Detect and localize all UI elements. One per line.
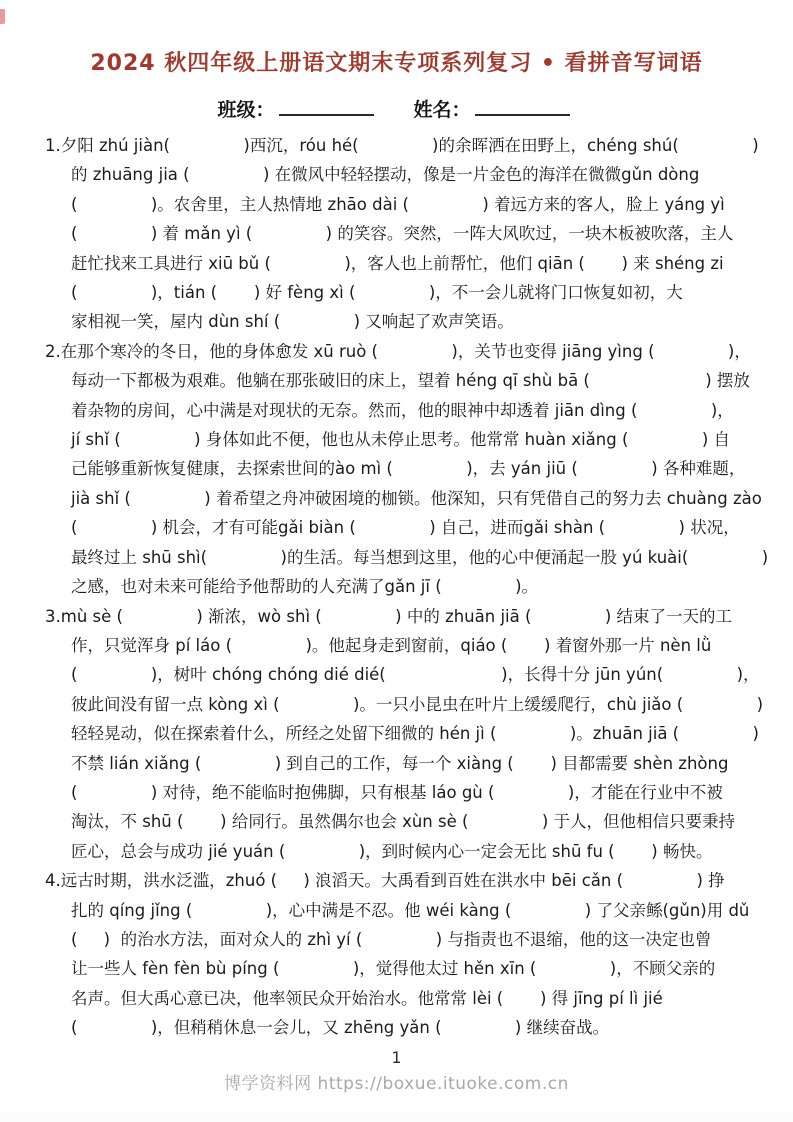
text-line: ( ) 机会，才有可能gǎi biàn ( ) 自己，进而gǎi shàn ( … (71, 513, 753, 542)
text-line: ( ) 的治水方法，面对众人的 zhì yí ( ) 与指责也不退缩，他的这一决… (71, 925, 753, 954)
text-line: ( ) 着 mǎn yì ( ) 的笑容。突然，一阵大风吹过，一块木板被吹落，主… (71, 219, 753, 248)
document-body: 1.夕阳 zhú jiàn( )西沉，róu hé( )的余晖洒在田野上，ché… (45, 131, 753, 1043)
text-line: 之感，也对未来可能给予他帮助的人充满了gǎn jī ( )。 (71, 572, 753, 601)
text-line: 不禁 lián xiǎng ( ) 到自己的工作，每一个 xiàng ( ) 目… (71, 749, 753, 778)
text-line: 扎的 qíng jǐng ( )，心中满是不忍。他 wéi kàng ( ) 了… (71, 896, 753, 925)
text-line: ( )。农舍里，主人热情地 zhāo dài ( ) 着远方来的客人，脸上 yá… (71, 190, 753, 219)
text-line: jià shǐ ( ) 着希望之舟冲破困境的枷锁。他深知，只有凭借自己的努力去 … (71, 484, 753, 513)
text-line: 作，只觉浑身 pí láo ( )。他起身走到窗前，qiáo ( ) 着窗外那一… (71, 631, 753, 660)
student-info-line: 班级：姓名： (0, 95, 793, 122)
class-blank (279, 97, 374, 116)
watermark-text: 博学资料网 https://boxue.ituoke.com.cn (0, 1069, 793, 1094)
text-line: 名声。但大禹心意已决，他率领民众开始治水。他常常 lèi ( ) 得 jīng … (71, 984, 753, 1013)
text-line: 轻轻晃动，似在探索着什么，所经之处留下细微的 hén jì ( )。zhuān … (71, 719, 753, 748)
text-line: jí shǐ ( ) 身体如此不便，他也从未停止思考。他常常 huàn xiǎn… (71, 425, 753, 454)
text-line: ( )，tián ( ) 好 fèng xì ( )，不一会儿就将门口恢复如初，… (71, 278, 753, 307)
text-line: 每动一下都极为艰难。他躺在那张破旧的床上，望着 héng qī shù bā (… (71, 366, 753, 395)
text-line: 3.mù sè ( ) 渐浓，wò shì ( ) 中的 zhuān jiā (… (45, 602, 753, 631)
text-line: 最终过上 shū shì( )的生活。每当想到这里，他的心中便涌起一股 yú k… (71, 543, 753, 572)
paragraph: 1.夕阳 zhú jiàn( )西沉，róu hé( )的余晖洒在田野上，ché… (45, 131, 753, 337)
paragraph: 3.mù sè ( ) 渐浓，wò shì ( ) 中的 zhuān jiā (… (45, 602, 753, 867)
page-title: 2024 秋四年级上册语文期末专项系列复习 • 看拼音写词语 (0, 46, 793, 77)
text-line: 2.在那个寒冷的冬日，他的身体愈发 xū ruò ( )，关节也变得 jiāng… (45, 337, 753, 366)
bottom-band (0, 1112, 793, 1122)
corner-stamp (0, 9, 5, 24)
text-line: 的 zhuāng jia ( ) 在微风中轻轻摆动，像是一片金色的海洋在微微gǔ… (71, 160, 753, 189)
text-line: 赶忙找来工具进行 xiū bǔ ( )，客人也上前帮忙，他们 qiān ( ) … (71, 249, 753, 278)
text-line: ( ) 对待，绝不能临时抱佛脚，只有根基 láo gù ( )，才能在行业中不被 (71, 778, 753, 807)
name-label: 姓名： (414, 99, 471, 121)
text-line: 匠心，总会与成功 jié yuán ( )，到时候内心一定会无比 shū fu … (71, 837, 753, 866)
text-line: 让一些人 fèn fèn bù píng ( )，觉得他太过 hěn xīn (… (71, 954, 753, 983)
class-label: 班级： (217, 99, 274, 121)
text-line: ( )，但稍稍休息一会儿，又 zhēng yǎn ( ) 继续奋战。 (71, 1013, 753, 1042)
paragraph: 2.在那个寒冷的冬日，他的身体愈发 xū ruò ( )，关节也变得 jiāng… (45, 337, 753, 602)
worksheet-page: 2024 秋四年级上册语文期末专项系列复习 • 看拼音写词语 班级：姓名： 1.… (0, 0, 793, 1122)
text-line: 着杂物的房间，心中满是对现状的无奈。然而，他的眼神中却透着 jiān dìng … (71, 396, 753, 425)
page-number: 1 (0, 1048, 793, 1067)
text-line: 淘汰，不 shū ( ) 给同行。虽然偶尔也会 xùn sè ( ) 于人，但他… (71, 807, 753, 836)
text-line: 4.远古时期，洪水泛滥，zhuó ( ) 浪滔天。大禹看到百姓在洪水中 bēi … (45, 866, 753, 895)
text-line: 家相视一笑，屋内 dùn shí ( ) 又响起了欢声笑语。 (71, 307, 753, 336)
name-blank (475, 97, 570, 116)
paragraph: 4.远古时期，洪水泛滥，zhuó ( ) 浪滔天。大禹看到百姓在洪水中 bēi … (45, 866, 753, 1042)
text-line: 1.夕阳 zhú jiàn( )西沉，róu hé( )的余晖洒在田野上，ché… (45, 131, 753, 160)
text-line: 彼此间没有留一点 kòng xì ( )。一只小昆虫在叶片上缓缓爬行，chù j… (71, 690, 753, 719)
text-line: 己能够重新恢复健康，去探索世间的ào mì ( )，去 yán jiū ( ) … (71, 454, 753, 483)
text-line: ( )，树叶 chóng chóng dié dié( )，长得十分 jūn y… (71, 660, 753, 689)
